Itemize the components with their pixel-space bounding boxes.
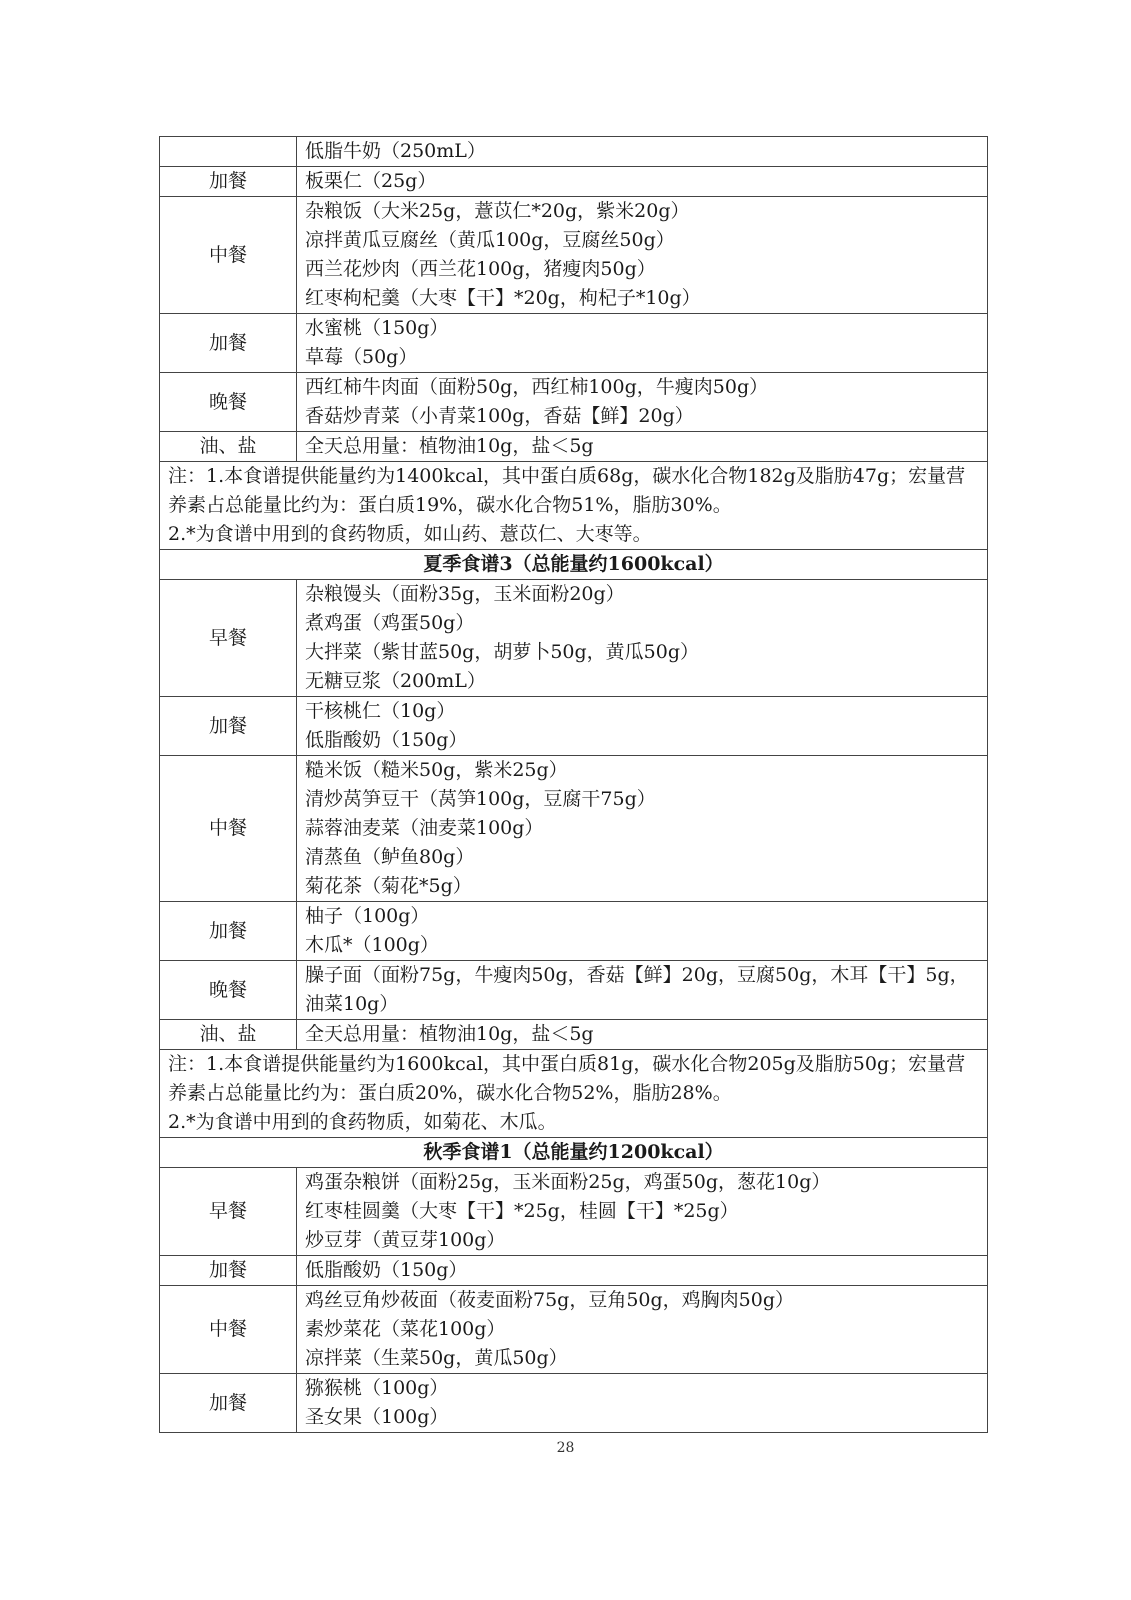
- meal-items: 鸡丝豆角炒莜面（莜麦面粉75g，豆角50g，鸡胸肉50g）素炒菜花（菜花100g…: [297, 1286, 988, 1374]
- dish-item: 菊花茶（菊花*5g）: [305, 872, 979, 901]
- dish-item: 低脂牛奶（250mL）: [305, 137, 979, 166]
- meal-plan-body: 低脂牛奶（250mL）加餐板栗仁（25g）中餐杂粮饭（大米25g，薏苡仁*20g…: [160, 137, 988, 1433]
- meal-row: 中餐鸡丝豆角炒莜面（莜麦面粉75g，豆角50g，鸡胸肉50g）素炒菜花（菜花10…: [160, 1286, 988, 1374]
- dish-item: 杂粮饭（大米25g，薏苡仁*20g，紫米20g）: [305, 197, 979, 226]
- meal-items: 低脂酸奶（150g）: [297, 1256, 988, 1286]
- meal-items: 全天总用量：植物油10g，盐＜5g: [297, 432, 988, 462]
- dish-item: 猕猴桃（100g）: [305, 1374, 979, 1403]
- nutrition-note: 注：1.本食谱提供能量约为1400kcal，其中蛋白质68g，碳水化合物182g…: [160, 462, 988, 550]
- dish-item: 杂粮馒头（面粉35g，玉米面粉20g）: [305, 580, 979, 609]
- recipe-section-title: 夏季食谱3（总能量约1600kcal）: [160, 550, 988, 580]
- meal-label: 中餐: [160, 756, 297, 902]
- dish-item: 香菇炒青菜（小青菜100g，香菇【鲜】20g）: [305, 402, 979, 431]
- dish-item: 无糖豆浆（200mL）: [305, 667, 979, 696]
- meal-row: 晚餐西红柿牛肉面（面粉50g，西红柿100g，牛瘦肉50g）香菇炒青菜（小青菜1…: [160, 373, 988, 432]
- meal-items: 杂粮馒头（面粉35g，玉米面粉20g）煮鸡蛋（鸡蛋50g）大拌菜（紫甘蓝50g，…: [297, 580, 988, 697]
- meal-label: 晚餐: [160, 961, 297, 1020]
- dish-item: 草莓（50g）: [305, 343, 979, 372]
- dish-item: 全天总用量：植物油10g，盐＜5g: [305, 432, 979, 461]
- dish-item: 西红柿牛肉面（面粉50g，西红柿100g，牛瘦肉50g）: [305, 373, 979, 402]
- page-number: 28: [0, 1440, 1131, 1456]
- note-row: 注：1.本食谱提供能量约为1600kcal，其中蛋白质81g，碳水化合物205g…: [160, 1050, 988, 1138]
- meal-plan-table: 低脂牛奶（250mL）加餐板栗仁（25g）中餐杂粮饭（大米25g，薏苡仁*20g…: [159, 136, 988, 1433]
- dish-item: 低脂酸奶（150g）: [305, 726, 979, 755]
- dish-item: 干核桃仁（10g）: [305, 697, 979, 726]
- dish-item: 炒豆芽（黄豆芽100g）: [305, 1226, 979, 1255]
- meal-label: 早餐: [160, 1168, 297, 1256]
- meal-items: 低脂牛奶（250mL）: [297, 137, 988, 167]
- dish-item: 凉拌黄瓜豆腐丝（黄瓜100g，豆腐丝50g）: [305, 226, 979, 255]
- meal-row: 加餐干核桃仁（10g）低脂酸奶（150g）: [160, 697, 988, 756]
- meal-items: 干核桃仁（10g）低脂酸奶（150g）: [297, 697, 988, 756]
- meal-label: 加餐: [160, 1374, 297, 1433]
- dish-item: 煮鸡蛋（鸡蛋50g）: [305, 609, 979, 638]
- dish-item: 红枣桂圆羹（大枣【干】*25g，桂圆【干】*25g）: [305, 1197, 979, 1226]
- dish-item: 素炒菜花（菜花100g）: [305, 1315, 979, 1344]
- dish-item: 凉拌菜（生菜50g，黄瓜50g）: [305, 1344, 979, 1373]
- meal-label: 加餐: [160, 167, 297, 197]
- nutrition-note: 注：1.本食谱提供能量约为1600kcal，其中蛋白质81g，碳水化合物205g…: [160, 1050, 988, 1138]
- meal-items: 鸡蛋杂粮饼（面粉25g，玉米面粉25g，鸡蛋50g，葱花10g）红枣桂圆羹（大枣…: [297, 1168, 988, 1256]
- meal-row: 加餐水蜜桃（150g）草莓（50g）: [160, 314, 988, 373]
- meal-row: 加餐板栗仁（25g）: [160, 167, 988, 197]
- dish-item: 大拌菜（紫甘蓝50g，胡萝卜50g，黄瓜50g）: [305, 638, 979, 667]
- dish-item: 鸡蛋杂粮饼（面粉25g，玉米面粉25g，鸡蛋50g，葱花10g）: [305, 1168, 979, 1197]
- section-title-row: 秋季食谱1（总能量约1200kcal）: [160, 1138, 988, 1168]
- note-line: 2.*为食谱中用到的食药物质，如菊花、木瓜。: [168, 1108, 979, 1137]
- note-line: 2.*为食谱中用到的食药物质，如山药、薏苡仁、大枣等。: [168, 520, 979, 549]
- dish-item: 红枣枸杞羹（大枣【干】*20g，枸杞子*10g）: [305, 284, 979, 313]
- meal-label: [160, 137, 297, 167]
- dish-item: 低脂酸奶（150g）: [305, 1256, 979, 1285]
- meal-row: 晚餐臊子面（面粉75g，牛瘦肉50g，香菇【鲜】20g，豆腐50g，木耳【干】5…: [160, 961, 988, 1020]
- recipe-section-title: 秋季食谱1（总能量约1200kcal）: [160, 1138, 988, 1168]
- dish-item: 清蒸鱼（鲈鱼80g）: [305, 843, 979, 872]
- meal-row: 加餐柚子（100g）木瓜*（100g）: [160, 902, 988, 961]
- meal-items: 水蜜桃（150g）草莓（50g）: [297, 314, 988, 373]
- meal-row: 加餐低脂酸奶（150g）: [160, 1256, 988, 1286]
- meal-items: 西红柿牛肉面（面粉50g，西红柿100g，牛瘦肉50g）香菇炒青菜（小青菜100…: [297, 373, 988, 432]
- meal-row: 早餐杂粮馒头（面粉35g，玉米面粉20g）煮鸡蛋（鸡蛋50g）大拌菜（紫甘蓝50…: [160, 580, 988, 697]
- meal-items: 板栗仁（25g）: [297, 167, 988, 197]
- meal-row: 油、盐全天总用量：植物油10g，盐＜5g: [160, 1020, 988, 1050]
- meal-items: 臊子面（面粉75g，牛瘦肉50g，香菇【鲜】20g，豆腐50g，木耳【干】5g，…: [297, 961, 988, 1020]
- meal-items: 全天总用量：植物油10g，盐＜5g: [297, 1020, 988, 1050]
- meal-row: 油、盐全天总用量：植物油10g，盐＜5g: [160, 432, 988, 462]
- section-title-row: 夏季食谱3（总能量约1600kcal）: [160, 550, 988, 580]
- meal-row: 中餐糙米饭（糙米50g，紫米25g）清炒莴笋豆干（莴笋100g，豆腐干75g）蒜…: [160, 756, 988, 902]
- meal-label: 早餐: [160, 580, 297, 697]
- meal-label: 中餐: [160, 197, 297, 314]
- dish-item: 西兰花炒肉（西兰花100g，猪瘦肉50g）: [305, 255, 979, 284]
- meal-label: 晚餐: [160, 373, 297, 432]
- dish-item: 鸡丝豆角炒莜面（莜麦面粉75g，豆角50g，鸡胸肉50g）: [305, 1286, 979, 1315]
- dish-item: 糙米饭（糙米50g，紫米25g）: [305, 756, 979, 785]
- dish-item: 圣女果（100g）: [305, 1403, 979, 1432]
- meal-row: 加餐猕猴桃（100g）圣女果（100g）: [160, 1374, 988, 1433]
- meal-row: 中餐杂粮饭（大米25g，薏苡仁*20g，紫米20g）凉拌黄瓜豆腐丝（黄瓜100g…: [160, 197, 988, 314]
- meal-label: 油、盐: [160, 432, 297, 462]
- dish-item: 清炒莴笋豆干（莴笋100g，豆腐干75g）: [305, 785, 979, 814]
- note-row: 注：1.本食谱提供能量约为1400kcal，其中蛋白质68g，碳水化合物182g…: [160, 462, 988, 550]
- meal-label: 中餐: [160, 1286, 297, 1374]
- meal-label: 加餐: [160, 697, 297, 756]
- meal-items: 杂粮饭（大米25g，薏苡仁*20g，紫米20g）凉拌黄瓜豆腐丝（黄瓜100g，豆…: [297, 197, 988, 314]
- meal-label: 加餐: [160, 314, 297, 373]
- dish-item: 木瓜*（100g）: [305, 931, 979, 960]
- dish-item: 柚子（100g）: [305, 902, 979, 931]
- meal-row: 早餐鸡蛋杂粮饼（面粉25g，玉米面粉25g，鸡蛋50g，葱花10g）红枣桂圆羹（…: [160, 1168, 988, 1256]
- meal-row: 低脂牛奶（250mL）: [160, 137, 988, 167]
- dish-item: 全天总用量：植物油10g，盐＜5g: [305, 1020, 979, 1049]
- meal-items: 柚子（100g）木瓜*（100g）: [297, 902, 988, 961]
- dish-item: 板栗仁（25g）: [305, 167, 979, 196]
- dish-item: 蒜蓉油麦菜（油麦菜100g）: [305, 814, 979, 843]
- dish-item: 臊子面（面粉75g，牛瘦肉50g，香菇【鲜】20g，豆腐50g，木耳【干】5g，…: [305, 961, 979, 1019]
- meal-items: 猕猴桃（100g）圣女果（100g）: [297, 1374, 988, 1433]
- note-line: 注：1.本食谱提供能量约为1600kcal，其中蛋白质81g，碳水化合物205g…: [168, 1050, 979, 1108]
- meal-label: 加餐: [160, 902, 297, 961]
- meal-label: 加餐: [160, 1256, 297, 1286]
- meal-label: 油、盐: [160, 1020, 297, 1050]
- meal-items: 糙米饭（糙米50g，紫米25g）清炒莴笋豆干（莴笋100g，豆腐干75g）蒜蓉油…: [297, 756, 988, 902]
- note-line: 注：1.本食谱提供能量约为1400kcal，其中蛋白质68g，碳水化合物182g…: [168, 462, 979, 520]
- dish-item: 水蜜桃（150g）: [305, 314, 979, 343]
